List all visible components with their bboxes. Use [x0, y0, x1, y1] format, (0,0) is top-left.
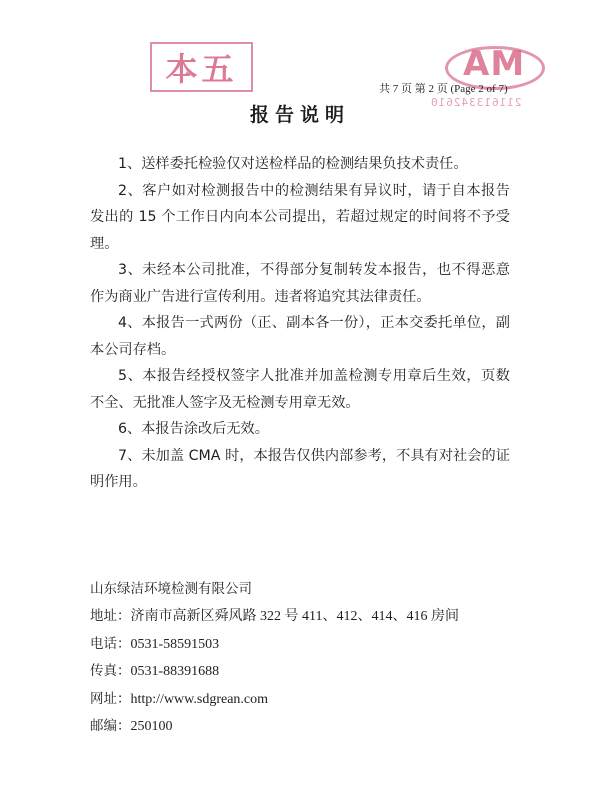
phone-value: 0531-58591503 — [131, 637, 220, 652]
seal-stamp-left: 本五 — [150, 42, 253, 92]
note-item-3: 3、未经本公司批准，不得部分复制转发本报告，也不得恶意作为商业广告进行宣传利用。… — [90, 257, 510, 310]
postcode-label: 邮编： — [90, 718, 131, 734]
phone-label: 电话： — [90, 636, 131, 652]
seal-am-text: AM — [463, 44, 525, 84]
fax-label: 传真： — [90, 663, 131, 679]
website-line: 网址：http://www.sdgrean.com — [90, 686, 510, 713]
phone-line: 电话：0531-58591503 — [90, 631, 510, 658]
note-item-7: 7、未加盖 CMA 时，本报告仅供内部参考，不具有对社会的证明作用。 — [90, 443, 510, 496]
company-name: 山东绿洁环境检测有限公司 — [90, 576, 510, 603]
address-label: 地址： — [90, 608, 131, 624]
note-item-6: 6、本报告涂改后无效。 — [90, 416, 510, 443]
postcode-line: 邮编：250100 — [90, 713, 510, 740]
contact-block: 山东绿洁环境检测有限公司 地址：济南市高新区舜风路 322 号 411、412、… — [90, 576, 510, 740]
note-item-5: 5、本报告经授权签字人批准并加盖检测专用章后生效，页数不全、无批准人签字及无检测… — [90, 363, 510, 416]
note-item-2: 2、客户如对检测报告中的检测结果有异议时，请于自本报告发出的 15 个工作日内向… — [90, 178, 510, 258]
address-value: 济南市高新区舜风路 322 号 411、412、414、416 房间 — [131, 609, 459, 624]
note-item-4: 4、本报告一式两份（正、副本各一份），正本交委托单位，副本公司存档。 — [90, 310, 510, 363]
page-title: 报告说明 — [0, 100, 600, 127]
address-line: 地址：济南市高新区舜风路 322 号 411、412、414、416 房间 — [90, 603, 510, 630]
seal-text: 本五 — [165, 44, 237, 90]
website-label: 网址： — [90, 691, 131, 707]
postcode-value: 250100 — [131, 719, 173, 734]
fax-value: 0531-88391688 — [131, 664, 220, 679]
fax-line: 传真：0531-88391688 — [90, 658, 510, 685]
page-indicator: 共 7 页 第 2 页 (Page 2 of 7) — [379, 80, 508, 96]
notes-list: 1、送样委托检验仅对送检样品的检测结果负技术责任。 2、客户如对检测报告中的检测… — [90, 151, 510, 496]
website-value: http://www.sdgrean.com — [131, 692, 269, 707]
note-item-1: 1、送样委托检验仅对送检样品的检测结果负技术责任。 — [90, 151, 510, 178]
